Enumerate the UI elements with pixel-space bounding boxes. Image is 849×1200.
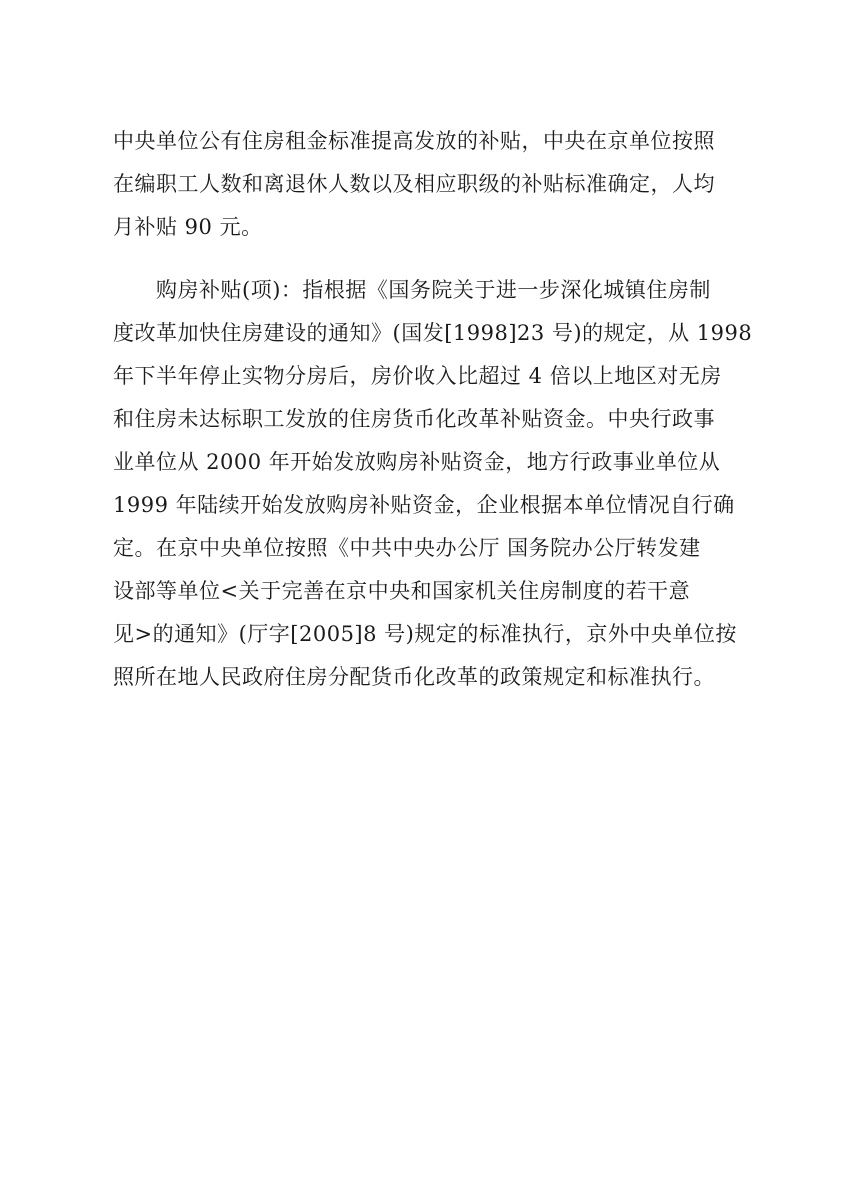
text-line: 见>的通知》(厅字[2005]8 号)规定的标准执行，京外中央单位按 — [113, 613, 753, 656]
text-line: 和住房未达标职工发放的住房货币化改革补贴资金。中央行政事 — [113, 398, 753, 441]
text-line: 度改革加快住房建设的通知》(国发[1998]23 号)的规定，从 1998 — [113, 312, 753, 355]
document-page: 中央单位公有住房租金标准提高发放的补贴，中央在京单位按照 在编职工人数和离退休人… — [113, 120, 753, 699]
text-line: 月补贴 90 元。 — [113, 206, 753, 249]
paragraph-housing-purchase-subsidy: 购房补贴(项)：指根据《国务院关于进一步深化城镇住房制 度改革加快住房建设的通知… — [113, 269, 753, 699]
text-line: 在编职工人数和离退休人数以及相应职级的补贴标准确定，人均 — [113, 163, 753, 206]
paragraph-spacer — [113, 249, 753, 269]
text-line: 业单位从 2000 年开始发放购房补贴资金，地方行政事业单位从 — [113, 441, 753, 484]
text-line: 中央单位公有住房租金标准提高发放的补贴，中央在京单位按照 — [113, 120, 753, 163]
text-line: 定。在京中央单位按照《中共中央办公厅 国务院办公厅转发建 — [113, 527, 753, 570]
text-line-first-indented: 购房补贴(项)：指根据《国务院关于进一步深化城镇住房制 — [113, 269, 753, 312]
text-line: 照所在地人民政府住房分配货币化改革的政策规定和标准执行。 — [113, 656, 753, 699]
text-line: 1999 年陆续开始发放购房补贴资金，企业根据本单位情况自行确 — [113, 484, 753, 527]
text-line: 年下半年停止实物分房后，房价收入比超过 4 倍以上地区对无房 — [113, 355, 753, 398]
paragraph-rent-subsidy: 中央单位公有住房租金标准提高发放的补贴，中央在京单位按照 在编职工人数和离退休人… — [113, 120, 753, 249]
text-line: 设部等单位<关于完善在京中央和国家机关住房制度的若干意 — [113, 570, 753, 613]
